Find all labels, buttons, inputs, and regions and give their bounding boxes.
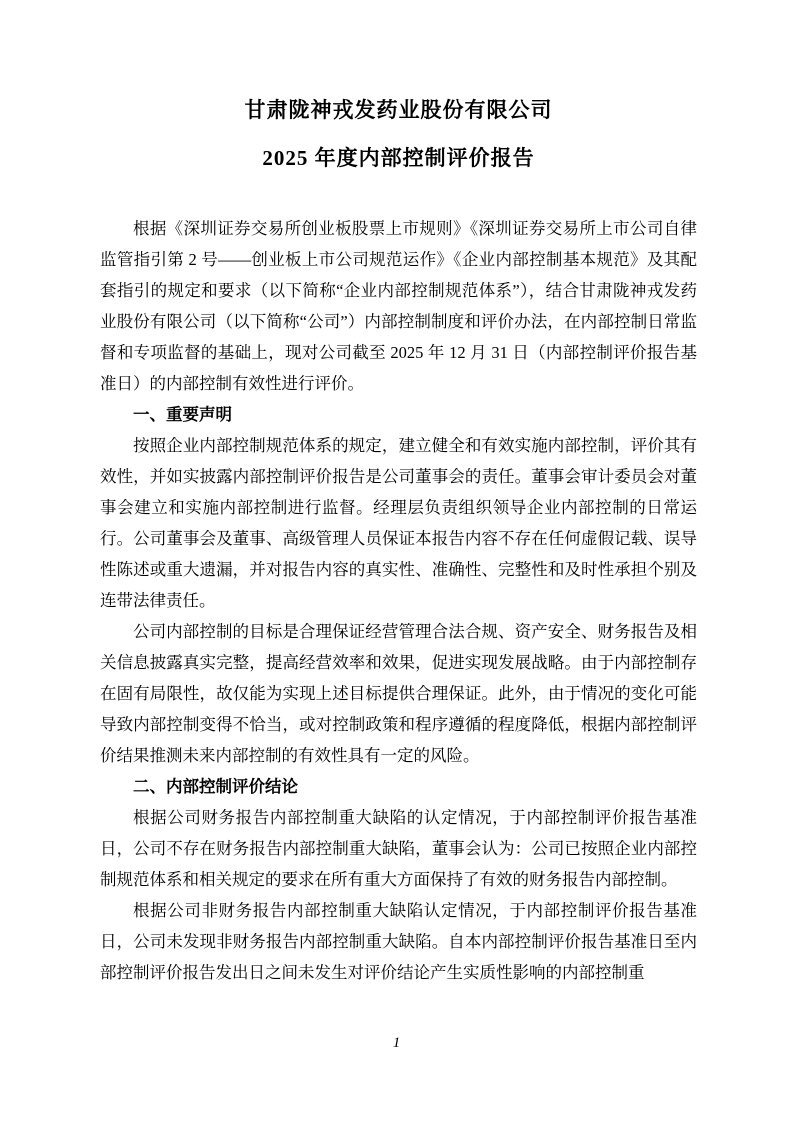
document-title: 甘肃陇神戎发药业股份有限公司 — [100, 95, 697, 125]
intro-paragraph: 根据《深圳证券交易所创业板股票上市规则》《深圳证券交易所上市公司自律监管指引第 … — [100, 213, 697, 399]
document-subtitle: 2025 年度内部控制评价报告 — [100, 143, 697, 173]
section2-paragraph-1: 根据公司财务报告内部控制重大缺陷的认定情况，于内部控制评价报告基准日，公司不存在… — [100, 802, 697, 895]
page-number: 1 — [0, 1033, 793, 1053]
document-page: 甘肃陇神戎发药业股份有限公司 2025 年度内部控制评价报告 根据《深圳证券交易… — [0, 0, 793, 1122]
section-heading-evaluation-conclusion: 二、内部控制评价结论 — [100, 771, 697, 802]
section1-paragraph-2: 公司内部控制的目标是合理保证经营管理合法合规、资产安全、财务报告及相关信息披露真… — [100, 616, 697, 771]
section-heading-important-statement: 一、重要声明 — [100, 399, 697, 430]
section1-paragraph-1: 按照企业内部控制规范体系的规定，建立健全和有效实施内部控制，评价其有效性，并如实… — [100, 430, 697, 616]
section2-paragraph-2: 根据公司非财务报告内部控制重大缺陷认定情况，于内部控制评价报告基准日，公司未发现… — [100, 895, 697, 988]
